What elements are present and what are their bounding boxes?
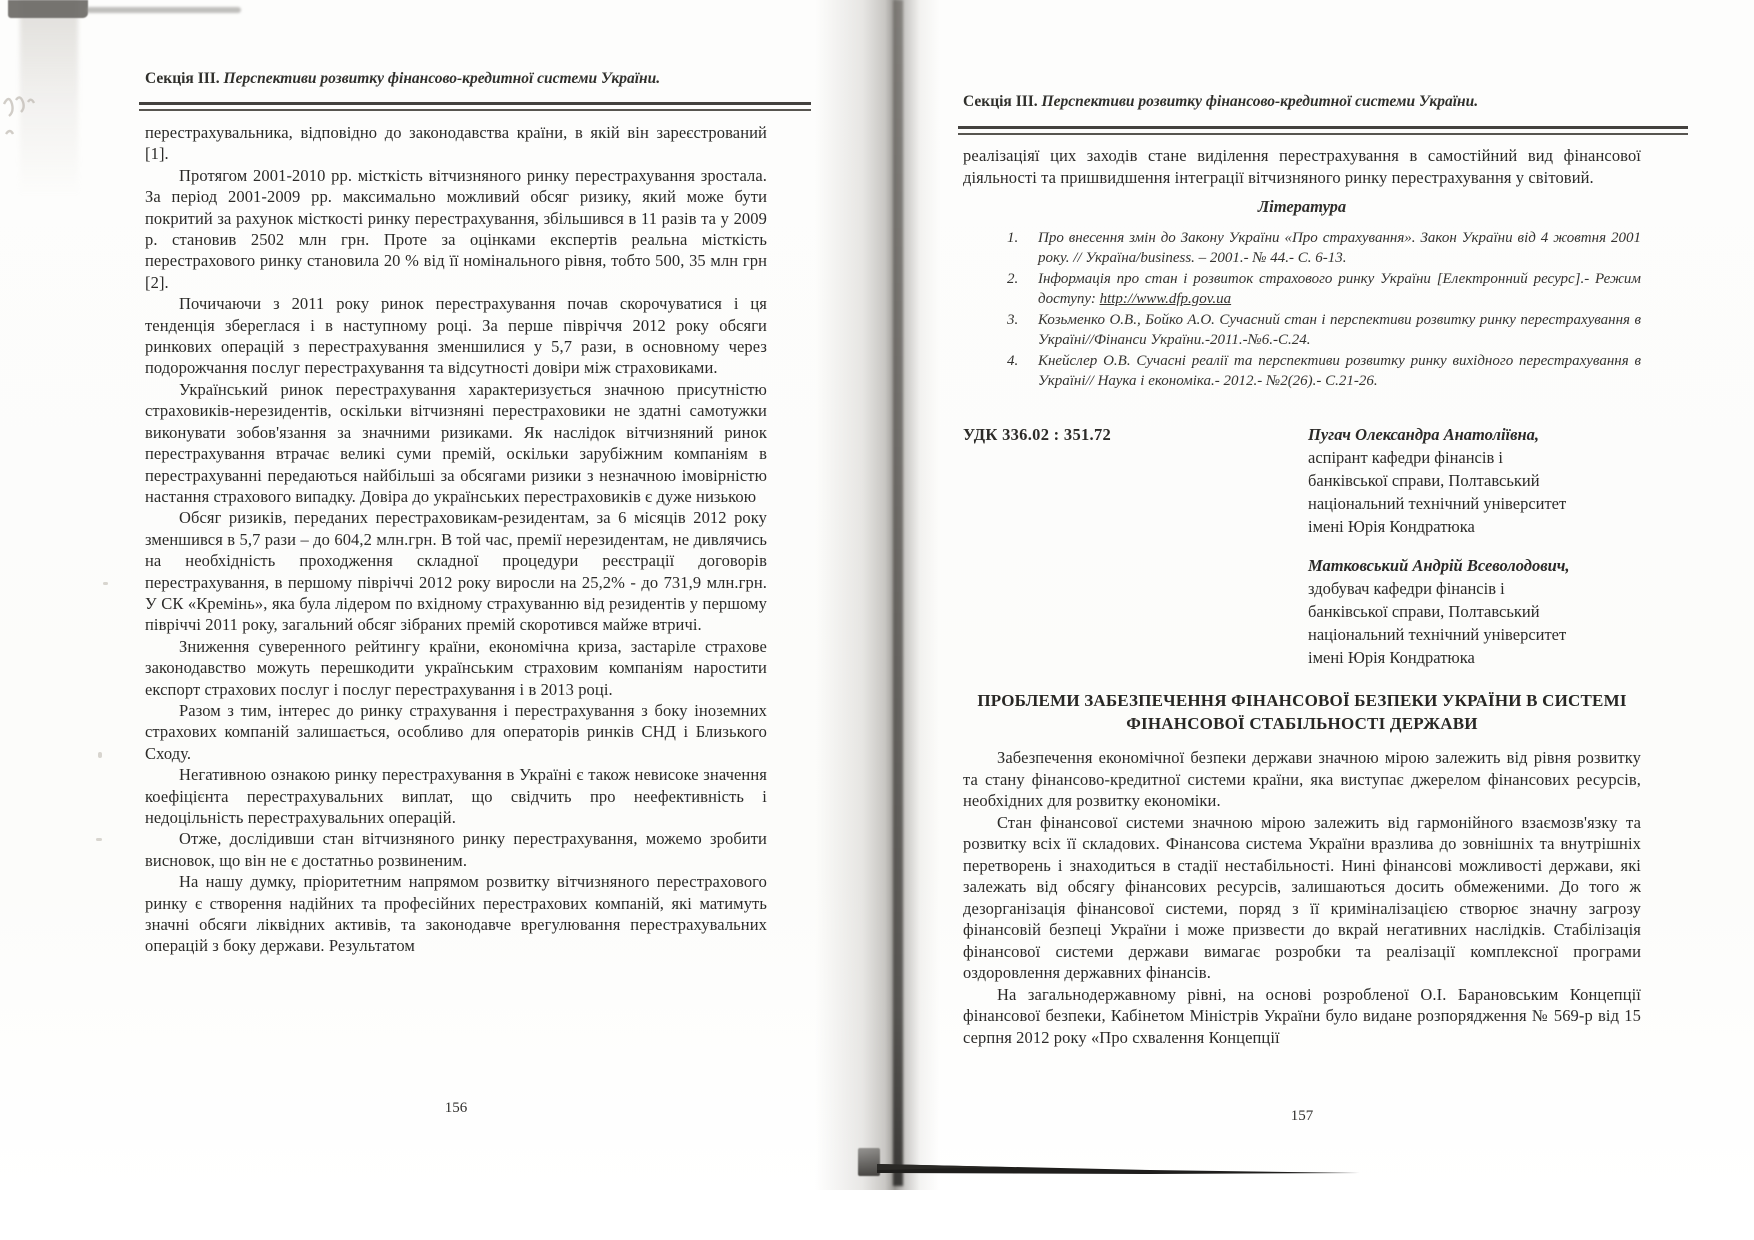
section-title: Перспективи розвитку фінансово-кредитної…	[220, 70, 661, 87]
ref-number: 1.	[1007, 229, 1018, 249]
margin-speck	[103, 582, 108, 585]
section-header: Секція III. Перспективи розвитку фінансо…	[145, 70, 660, 88]
article-title: ПРОБЛЕМИ ЗАБЕЗПЕЧЕННЯ ФІНАНСОВОЇ БЕЗПЕКИ…	[963, 689, 1641, 735]
reference-item: 3.Козьменко О.В., Бойко А.О. Сучасний ст…	[963, 311, 1641, 350]
author-block: Матковський Андрій Всеволодович, здобува…	[1308, 554, 1641, 669]
ref-number: 3.	[1007, 311, 1018, 331]
reference-item: 4.Кнейслер О.В. Сучасні реалії та перспе…	[963, 352, 1641, 391]
book-gutter-shadow	[815, 0, 940, 1190]
body-paragraph: Разом з тим, інтерес до ринку страхуванн…	[145, 700, 767, 764]
section-label: Секція III.	[963, 93, 1038, 110]
page-bottom-edge-line	[855, 1143, 1375, 1187]
section-header: Секція III. Перспективи розвитку фінансо…	[963, 93, 1478, 111]
authors-column: Пугач Олександра Анатоліївна, аспірант к…	[1308, 423, 1641, 685]
body-paragraph: Отже, дослідивши стан вітчизняного ринку…	[145, 828, 767, 871]
body-paragraph: Обсяг ризиків, переданих перестраховикам…	[145, 507, 767, 635]
reference-item: 1.Про внесення змін до Закону України «П…	[963, 229, 1641, 268]
body-paragraph: Почичаючи з 2011 року ринок перестрахува…	[145, 293, 767, 379]
body-paragraph: Стан фінансової системи значною мірою за…	[963, 812, 1641, 984]
right-page-body: реалізаціяї цих заходів стане виділення …	[963, 145, 1641, 1048]
author-name: Пугач Олександра Анатоліївна,	[1308, 423, 1641, 446]
margin-handwriting-smudge	[0, 86, 52, 156]
author-affiliation: аспірант кафедри фінансів і банківської …	[1308, 446, 1641, 538]
body-paragraph: реалізаціяї цих заходів стане виділення …	[963, 145, 1641, 188]
left-page-body: перестрахувальника, відповідно до законо…	[145, 122, 767, 957]
body-paragraph: Протягом 2001-2010 рр. місткість вітчизн…	[145, 165, 767, 293]
ref-text: Про внесення змін до Закону України «Про…	[1038, 230, 1641, 266]
reference-list: 1.Про внесення змін до Закону України «П…	[963, 229, 1641, 391]
header-rule	[958, 126, 1688, 135]
book-scan-canvas: Секція III. Перспективи розвитку фінансо…	[0, 0, 1754, 1240]
author-affiliation: здобувач кафедри фінансів і банківської …	[1308, 577, 1641, 669]
scan-top-edge-streak	[86, 7, 241, 13]
ref-text: Кнейслер О.В. Сучасні реалії та перспект…	[1038, 353, 1641, 389]
body-paragraph: перестрахувальника, відповідно до законо…	[145, 122, 767, 165]
body-paragraph: Зниження суверенного рейтингу країни, ек…	[145, 636, 767, 700]
udk-code: УДК 336.02 : 351.72	[963, 425, 1111, 445]
author-name: Матковський Андрій Всеволодович,	[1308, 554, 1641, 577]
body-paragraph: На нашу думку, пріоритетним напрямом роз…	[145, 871, 767, 957]
margin-speck	[96, 838, 102, 841]
book-gutter-dark-band	[893, 0, 903, 1186]
ref-url: http://www.dfp.gov.ua	[1100, 291, 1232, 307]
body-paragraph: Забезпечення економічної безпеки держави…	[963, 747, 1641, 812]
body-paragraph: Український ринок перестрахування характ…	[145, 379, 767, 507]
page-number: 156	[145, 1100, 767, 1117]
author-block: Пугач Олександра Анатоліївна, аспірант к…	[1308, 423, 1641, 538]
margin-speck	[98, 752, 102, 758]
article-body: Забезпечення економічної безпеки держави…	[963, 747, 1641, 1048]
ref-text: Козьменко О.В., Бойко А.О. Сучасний стан…	[1038, 312, 1641, 348]
section-title: Перспективи розвитку фінансово-кредитної…	[1038, 93, 1479, 110]
body-paragraph: На загальнодержавному рівні, на основі р…	[963, 984, 1641, 1049]
body-paragraph: Негативною ознакою ринку перестрахування…	[145, 764, 767, 828]
reference-item: 2.Інформація про стан і розвиток страхов…	[963, 270, 1641, 309]
header-rule	[139, 102, 811, 111]
section-label: Секція III.	[145, 70, 220, 87]
literature-heading: Література	[963, 197, 1641, 217]
page-number: 157	[963, 1108, 1641, 1125]
udk-authors-block: УДК 336.02 : 351.72 Пугач Олександра Ана…	[963, 423, 1641, 673]
ref-number: 2.	[1007, 270, 1018, 290]
ref-number: 4.	[1007, 352, 1018, 372]
scan-corner-smudge	[8, 0, 88, 18]
